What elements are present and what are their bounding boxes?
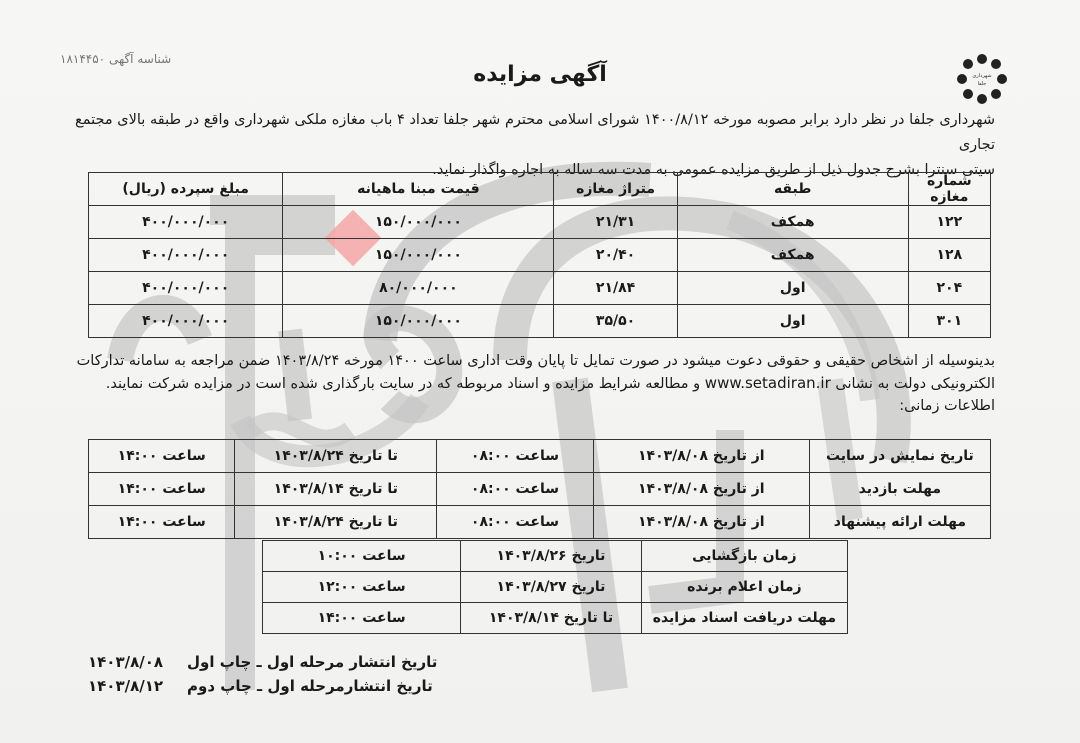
schedule-table: تاریخ نمایش در سایت از تاریخ ۱۴۰۳/۸/۰۸ س… <box>88 439 991 539</box>
table-row: ۱۲۲ همکف ۲۱/۳۱ ۱۵۰/۰۰۰/۰۰۰ ۴۰۰/۰۰۰/۰۰۰ <box>89 206 991 239</box>
cell: ساعت ۱۴:۰۰ <box>89 506 235 539</box>
col-base-price: قیمت مبنا ماهیانه <box>283 173 554 206</box>
cell: ۲۱/۸۴ <box>554 272 677 305</box>
cell: از تاریخ ۱۴۰۳/۸/۰۸ <box>593 440 809 473</box>
cell: تا تاریخ ۱۴۰۳/۸/۲۴ <box>235 506 437 539</box>
cell: همکف <box>677 239 908 272</box>
events-table: زمان بازگشایی تاریخ ۱۴۰۳/۸/۲۶ ساعت ۱۰:۰۰… <box>262 540 848 634</box>
setadiran-link[interactable]: www.setadiran.ir <box>705 374 831 392</box>
svg-text:شهرداری: شهرداری <box>972 73 991 79</box>
cell: ۱۵۰/۰۰۰/۰۰۰ <box>283 239 554 272</box>
municipality-logo-icon: شهرداری جلفا <box>955 52 1009 106</box>
publication-date-1: ۱۴۰۳/۸/۰۸ <box>88 650 163 674</box>
publication-row-2: تاریخ انتشارمرحله اول ـ چاپ دوم ۱۴۰۳/۸/۱… <box>88 674 437 698</box>
publication-dates: تاریخ انتشار مرحله اول ـ چاپ اول ۱۴۰۳/۸/… <box>88 650 437 698</box>
svg-text:جلفا: جلفا <box>978 81 987 87</box>
cell: تاریخ ۱۴۰۳/۸/۲۷ <box>461 572 641 603</box>
shops-table: شماره مغازه طبقه متراژ مغازه قیمت مبنا م… <box>88 172 991 338</box>
table-row: زمان بازگشایی تاریخ ۱۴۰۳/۸/۲۶ ساعت ۱۰:۰۰ <box>263 541 848 572</box>
cell: ساعت ۰۸:۰۰ <box>437 440 594 473</box>
cell: تا تاریخ ۱۴۰۳/۸/۱۴ <box>461 603 641 634</box>
cell: ۱۵۰/۰۰۰/۰۰۰ <box>283 305 554 338</box>
cell: ساعت ۱۰:۰۰ <box>263 541 461 572</box>
table-row: تاریخ نمایش در سایت از تاریخ ۱۴۰۳/۸/۰۸ س… <box>89 440 991 473</box>
invitation-line-2: الکترونیکی دولت به نشانی www.setadiran.i… <box>75 372 995 395</box>
cell: از تاریخ ۱۴۰۳/۸/۰۸ <box>593 473 809 506</box>
table-row: ۱۲۸ همکف ۲۰/۴۰ ۱۵۰/۰۰۰/۰۰۰ ۴۰۰/۰۰۰/۰۰۰ <box>89 239 991 272</box>
cell-label: مهلت ارائه پیشنهاد <box>809 506 990 539</box>
publication-date-2: ۱۴۰۳/۸/۱۲ <box>88 674 163 698</box>
cell: ۴۰۰/۰۰۰/۰۰۰ <box>89 239 283 272</box>
cell: ۴۰۰/۰۰۰/۰۰۰ <box>89 272 283 305</box>
cell: تاریخ ۱۴۰۳/۸/۲۶ <box>461 541 641 572</box>
invitation-line-1: بدینوسیله از اشخاص حقیقی و حقوقی دعوت می… <box>75 350 995 372</box>
cell: همکف <box>677 206 908 239</box>
cell: ساعت ۰۸:۰۰ <box>437 506 594 539</box>
intro-line-1: شهرداری جلفا در نظر دارد برابر مصوبه مور… <box>75 108 995 158</box>
col-shop-number: شماره مغازه <box>908 173 990 206</box>
cell-label: مهلت دریافت اسناد مزایده <box>641 603 847 634</box>
col-floor: طبقه <box>677 173 908 206</box>
cell-label: تاریخ نمایش در سایت <box>809 440 990 473</box>
cell: ۱۲۲ <box>908 206 990 239</box>
publication-label-1: تاریخ انتشار مرحله اول ـ چاپ اول <box>187 650 437 674</box>
table-row: ۳۰۱ اول ۳۵/۵۰ ۱۵۰/۰۰۰/۰۰۰ ۴۰۰/۰۰۰/۰۰۰ <box>89 305 991 338</box>
cell-label: زمان بازگشایی <box>641 541 847 572</box>
cell: ۲۰۴ <box>908 272 990 305</box>
cell: ۲۱/۳۱ <box>554 206 677 239</box>
cell: اول <box>677 272 908 305</box>
cell: ساعت ۰۸:۰۰ <box>437 473 594 506</box>
invitation-paragraph: بدینوسیله از اشخاص حقیقی و حقوقی دعوت می… <box>75 350 995 417</box>
table-row: زمان اعلام برنده تاریخ ۱۴۰۳/۸/۲۷ ساعت ۱۲… <box>263 572 848 603</box>
table-row: مهلت ارائه پیشنهاد از تاریخ ۱۴۰۳/۸/۰۸ سا… <box>89 506 991 539</box>
table-row: ۲۰۴ اول ۲۱/۸۴ ۸۰/۰۰۰/۰۰۰ ۴۰۰/۰۰۰/۰۰۰ <box>89 272 991 305</box>
cell: ساعت ۱۴:۰۰ <box>89 440 235 473</box>
cell: ۳۰۱ <box>908 305 990 338</box>
schedule-heading: اطلاعات زمانی: <box>75 395 995 417</box>
cell: ساعت ۱۴:۰۰ <box>263 603 461 634</box>
cell-label: مهلت بازدید <box>809 473 990 506</box>
invitation-text-before-url: الکترونیکی دولت به نشانی <box>835 376 995 392</box>
table-row: مهلت دریافت اسناد مزایده تا تاریخ ۱۴۰۳/۸… <box>263 603 848 634</box>
cell-label: زمان اعلام برنده <box>641 572 847 603</box>
cell: اول <box>677 305 908 338</box>
cell: ۴۰۰/۰۰۰/۰۰۰ <box>89 305 283 338</box>
cell: تا تاریخ ۱۴۰۳/۸/۲۴ <box>235 440 437 473</box>
col-deposit: مبلغ سپرده (ریال) <box>89 173 283 206</box>
table-header-row: شماره مغازه طبقه متراژ مغازه قیمت مبنا م… <box>89 173 991 206</box>
page-title: آگهی مزایده <box>0 62 1080 87</box>
cell: ساعت ۱۴:۰۰ <box>89 473 235 506</box>
cell: از تاریخ ۱۴۰۳/۸/۰۸ <box>593 506 809 539</box>
cell: ۲۰/۴۰ <box>554 239 677 272</box>
cell: ۳۵/۵۰ <box>554 305 677 338</box>
cell: ساعت ۱۲:۰۰ <box>263 572 461 603</box>
cell: ۱۲۸ <box>908 239 990 272</box>
publication-label-2: تاریخ انتشارمرحله اول ـ چاپ دوم <box>187 674 433 698</box>
cell: ۱۵۰/۰۰۰/۰۰۰ <box>283 206 554 239</box>
document-page: شناسه آگهی ۱۸۱۴۴۵۰ آگهی مزایده شهرداری ج… <box>0 0 1080 743</box>
invitation-text-after-url: و مطالعه شرایط مزایده و اسناد مربوطه که … <box>106 376 700 392</box>
cell: ۴۰۰/۰۰۰/۰۰۰ <box>89 206 283 239</box>
cell: تا تاریخ ۱۴۰۳/۸/۱۴ <box>235 473 437 506</box>
cell: ۸۰/۰۰۰/۰۰۰ <box>283 272 554 305</box>
table-row: مهلت بازدید از تاریخ ۱۴۰۳/۸/۰۸ ساعت ۰۸:۰… <box>89 473 991 506</box>
col-area: متراژ مغازه <box>554 173 677 206</box>
publication-row-1: تاریخ انتشار مرحله اول ـ چاپ اول ۱۴۰۳/۸/… <box>88 650 437 674</box>
